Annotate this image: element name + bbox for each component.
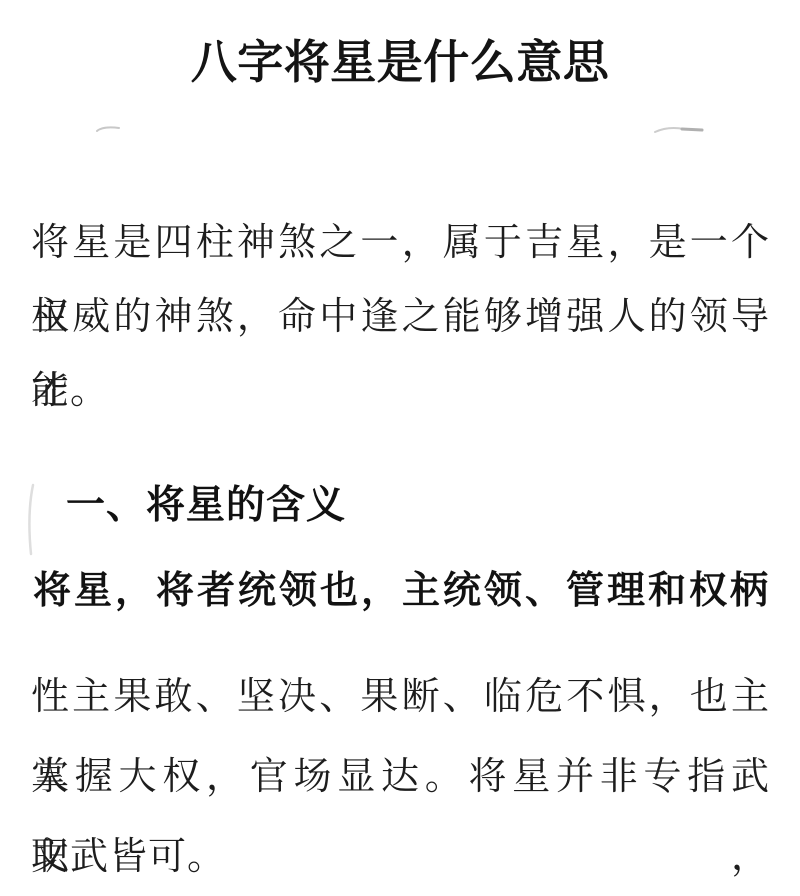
article-title: 八字将星是什么意思 [0,34,800,92]
intro-line-1: 将星是四柱神煞之一，属于吉星，是一个主 [31,206,770,280]
intro-line-2: 权威的神煞，命中逢之能够增强人的领导才 [31,280,770,354]
section-lead-bold: 将星，将者统领也，主统领、管理和权柄 [33,567,770,615]
section-paragraph: 性主果敢、坚决、果断、临危不惧，也主人 掌握大权，官场显达。将星并非专指武职， … [31,657,770,896]
intro-paragraph: 将星是四柱神煞之一，属于吉星，是一个主 权威的神煞，命中逢之能够增强人的领导才 … [31,206,770,428]
intro-line-3: 能。 [31,354,770,428]
faint-smudge-mark-margin [24,482,38,558]
faint-smudge-mark-right [652,120,708,138]
section-heading: 一、将星的含义 [66,482,346,531]
section-line-1: 性主果敢、坚决、果断、临危不惧，也主人 [31,657,770,737]
faint-smudge-mark-left [94,122,122,136]
article-page: 八字将星是什么意思 将星是四柱神煞之一，属于吉星，是一个主 权威的神煞，命中逢之… [0,0,800,896]
section-line-2: 掌握大权，官场显达。将星并非专指武职， [31,737,770,817]
